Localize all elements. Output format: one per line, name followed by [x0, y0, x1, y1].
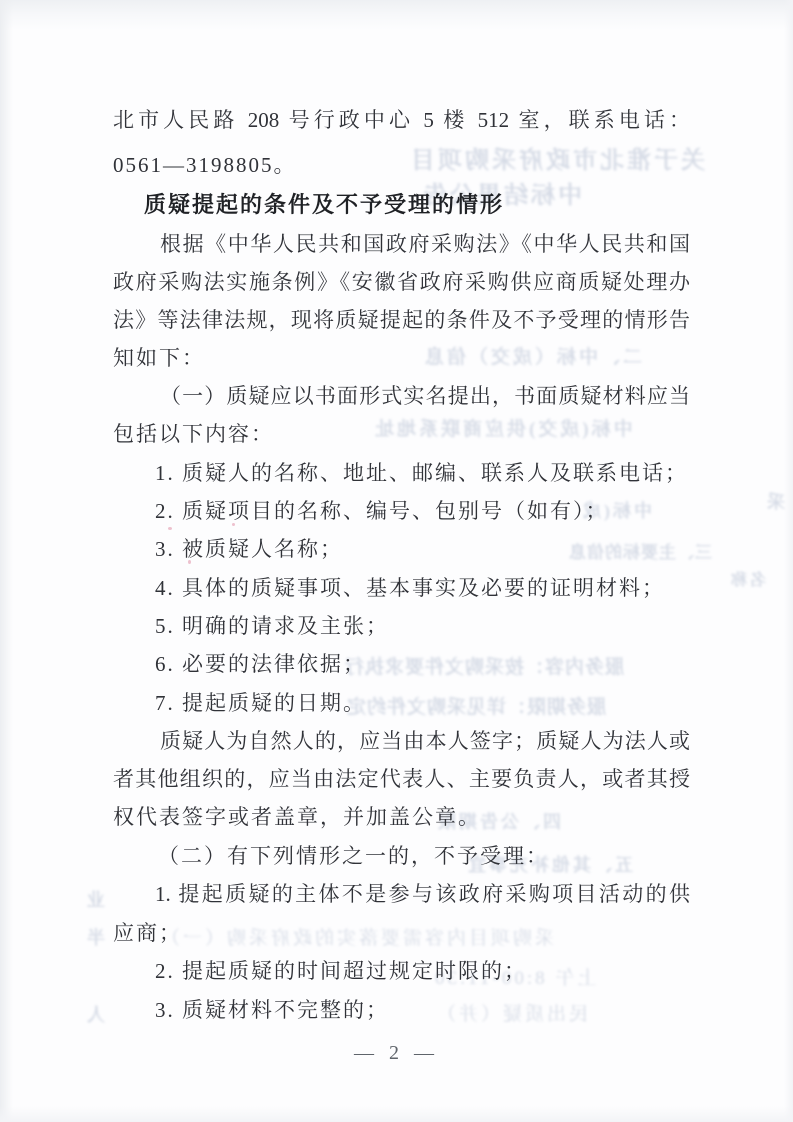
section-heading: 质疑提起的条件及不予受理的情形 — [144, 192, 504, 218]
text-line: 法》等法律法规，现将质疑提起的条件及不予受理的情形告 — [113, 307, 690, 333]
text-line: 0561—3198805。 — [113, 152, 297, 178]
list-item: 6. 必要的法律依据； — [155, 651, 366, 677]
bleedthrough-fragment: 人 — [84, 1001, 105, 1027]
text-line: 包括以下内容： — [113, 421, 274, 447]
list-item: 5. 明确的请求及主张； — [155, 613, 389, 639]
bleedthrough-text: 二、中标（成交）信息 — [422, 342, 642, 369]
scan-speck — [232, 523, 235, 526]
bleedthrough-fragment: 业 — [84, 886, 105, 912]
text-line: 权代表签字或者盖章，并加盖公章。 — [113, 804, 481, 830]
bleedthrough-text: 服务内容：按采购文件要求执行 — [344, 652, 624, 679]
text-line: 北市人民路 208 号行政中心 5 楼 512 室，联系电话： — [113, 107, 690, 133]
page-number: — 2 — — [0, 1042, 793, 1065]
text-line: （二）有下列情形之一的，不予受理： — [158, 843, 549, 869]
bleedthrough-fragment: 半 — [84, 924, 105, 950]
list-item: 1. 质疑人的名称、地址、邮编、联系人及联系电话； — [155, 460, 688, 486]
list-item: 4. 具体的质疑事项、基本事实及必要的证明材料； — [155, 575, 665, 601]
bleedthrough-text: 采购项目内容需要落实的政府采购（一） — [158, 923, 554, 950]
bleedthrough-text: 三、主要标的信息 — [568, 538, 712, 563]
scan-speck — [168, 527, 172, 530]
text-line: 质疑人为自然人的，应当由本人签字；质疑人为法人或 — [160, 728, 690, 754]
scan-edge-top — [0, 0, 793, 30]
list-item: 3. 质疑材料不完整的； — [155, 997, 389, 1023]
bleedthrough-text: 名称 — [728, 567, 766, 590]
list-item: 3. 被质疑人名称； — [155, 536, 343, 562]
text-line: （一）质疑应以书面形式实名提出，书面质疑材料应当 — [160, 383, 690, 409]
scan-edge-bottom — [0, 1106, 793, 1122]
list-item: 1. 提起质疑的主体不是参与该政府采购项目活动的供 — [155, 881, 690, 907]
list-item: 2. 提起质疑的时间超过规定时限的； — [155, 958, 527, 984]
bleedthrough-text: 关于淮北市政府采购项目 — [408, 140, 705, 175]
scan-speck — [188, 560, 191, 564]
text-line: 根据《中华人民共和国政府采购法》《中华人民共和国 — [160, 231, 690, 257]
text-line: 知如下： — [113, 345, 205, 371]
text-line: 者其他组织的，应当由法定代表人、主要负责人，或者其授 — [113, 766, 690, 792]
list-item: 2. 质疑项目的名称、编号、包别号（如有）； — [155, 498, 609, 524]
bleedthrough-fragment: 采 — [764, 488, 785, 514]
text-line: 政府采购法实施条例》《安徽省政府采购供应商质疑处理办 — [113, 269, 690, 295]
bleedthrough-text: 服务期限：详见采购文件约定 — [346, 692, 606, 719]
list-item: 7. 提起质疑的日期。 — [155, 690, 366, 716]
text-line: 应商； — [113, 920, 182, 946]
scanned-document-page: 关于淮北市政府采购项目 中标结果公告 二、中标（成交）信息 中标(成交)供应商联… — [0, 0, 793, 1122]
scan-edge-left — [0, 0, 13, 1122]
scan-edge-right — [784, 0, 793, 1122]
bleedthrough-text: 民出质疑（并） — [434, 999, 588, 1026]
bleedthrough-text: 中标(成交)供应商联系地址 — [372, 414, 633, 441]
